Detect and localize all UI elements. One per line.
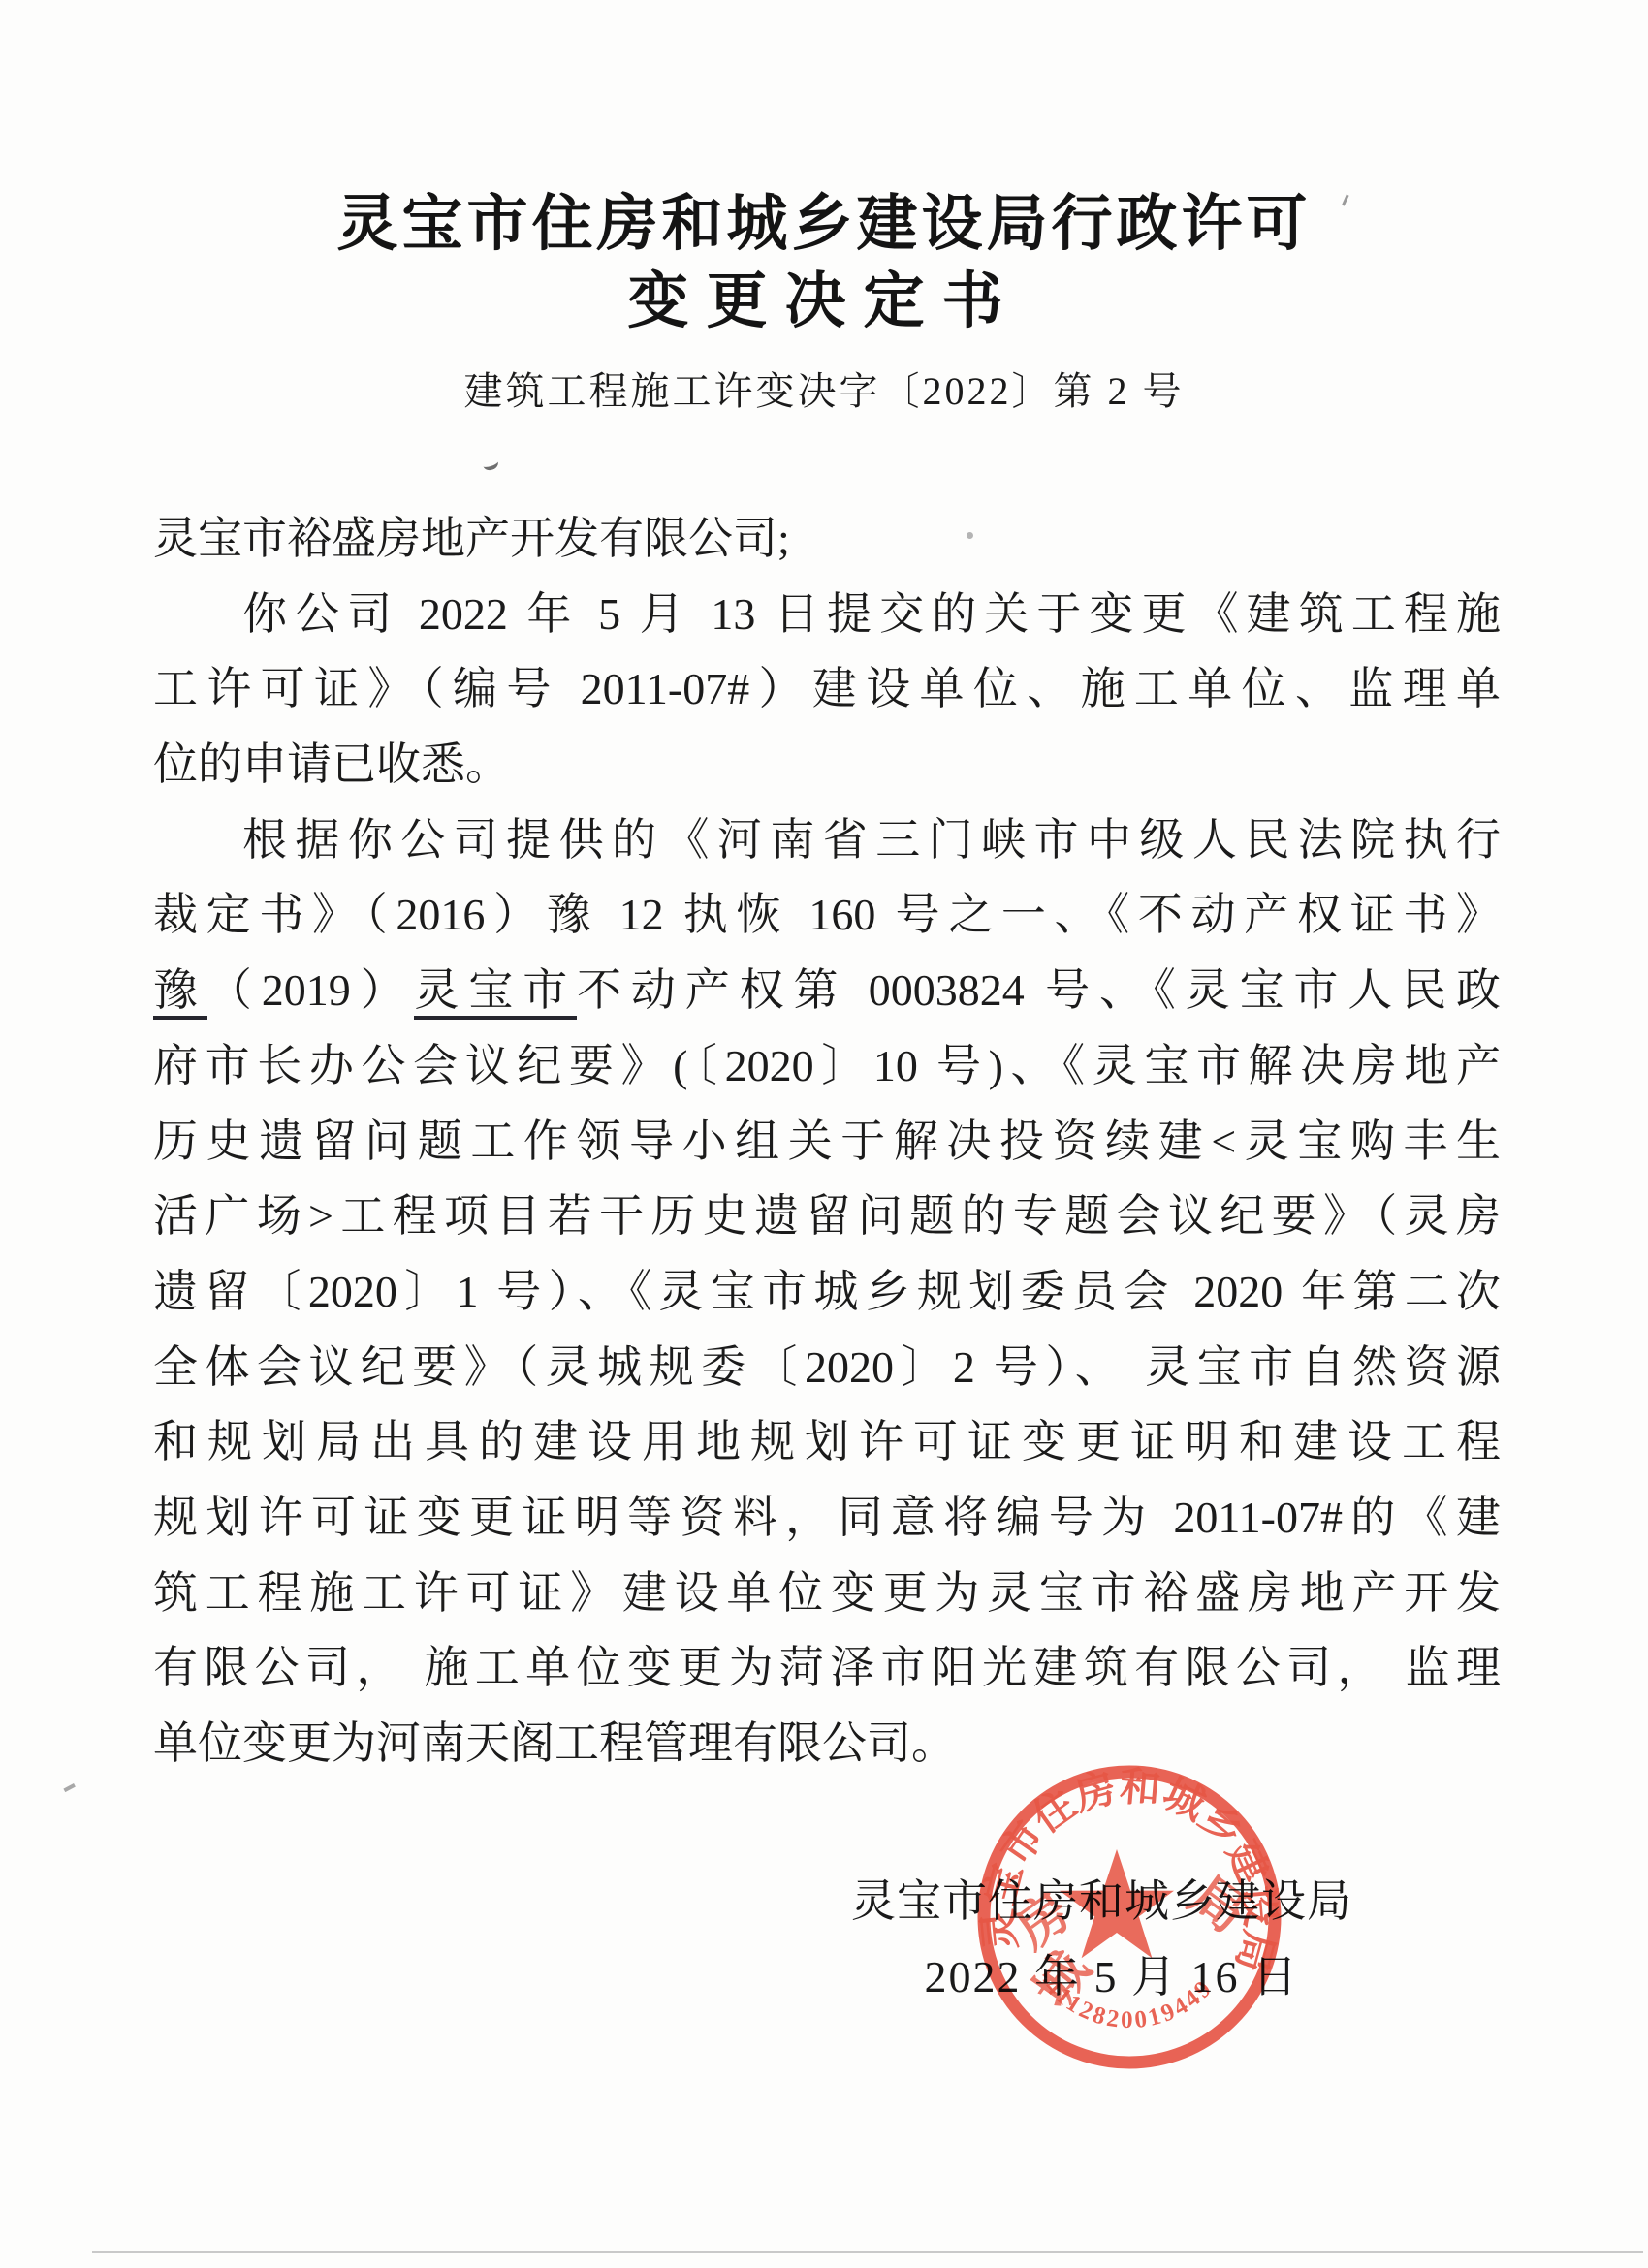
body-text: 活广场>工程项目若干历史遗留问题的专题会议纪要》（灵房 [153, 1191, 1501, 1241]
body-line: 你公司 2022 年 5 月 13 日提交的关于变更《建筑工程施 [153, 577, 1501, 652]
body-text: 你公司 2022 年 5 月 13 日提交的关于变更《建筑工程施 [242, 589, 1501, 639]
body-text: 府市长办公会议纪要》(〔2020〕10 号)、《灵宝市解决房地产 [153, 1041, 1501, 1090]
doc-title-line2: 变更决定书 [0, 268, 1648, 335]
body-text: 历史遗留问题工作领导小组关于解决投资续建<灵宝购丰生 [153, 1117, 1501, 1166]
underlined-text: 豫 [153, 965, 207, 1020]
body-text: 遗留〔2020〕1 号）、《灵宝市城乡规划委员会 2020 年第二次 [153, 1267, 1501, 1316]
body-text: 和规划局出具的建设用地规划许可证变更证明和建设工程 [153, 1417, 1501, 1466]
doc-number: 建筑工程施工许变决字〔2022〕第 2 号 [0, 361, 1648, 416]
body-line: 裁定书》（2016）豫 12 执恢 160 号之一、《不动产权证书》 [153, 877, 1501, 953]
body-text: 单位变更为河南天阁工程管理有限公司。 [153, 1718, 956, 1768]
body-line: 府市长办公会议纪要》(〔2020〕10 号)、《灵宝市解决房地产 [153, 1028, 1501, 1104]
body-text: 不动产权第 0003824 号、《灵宝市人民政 [577, 965, 1501, 1015]
seal-ring-text: 灵宝市住房和城乡建设局 [976, 1764, 1284, 1976]
body-line: 历史遗留问题工作领导小组关于解决投资续建<灵宝购丰生 [153, 1104, 1501, 1180]
body-text: 全体会议纪要》（灵城规委〔2020〕2 号）、 灵宝市自然资源 [153, 1342, 1501, 1392]
body-line: 活广场>工程项目若干历史遗留问题的专题会议纪要》（灵房 [153, 1179, 1501, 1254]
underlined-text: 灵宝市 [414, 965, 577, 1020]
body-line: 遗留〔2020〕1 号）、《灵宝市城乡规划委员会 2020 年第二次 [153, 1254, 1501, 1330]
body-line: 全体会议纪要》（灵城规委〔2020〕2 号）、 灵宝市自然资源 [153, 1330, 1501, 1405]
body-text: 根据你公司提供的《河南省三门峡市中级人民法院执行 [242, 815, 1501, 865]
body-text: 有限公司， 施工单位变更为菏泽市阳光建筑有限公司， 监理 [153, 1643, 1501, 1692]
body-text: 规划许可证变更证明等资料，同意将编号为 2011-07#的《建 [153, 1493, 1501, 1542]
body-text: 位的申请已收悉。 [153, 740, 510, 789]
body-text: （2019） [207, 965, 415, 1015]
body-line: 位的申请已收悉。 [153, 727, 1501, 803]
body-line: 有限公司， 施工单位变更为菏泽市阳光建筑有限公司， 监理 [153, 1630, 1501, 1706]
body-line: 和规划局出具的建设用地规划许可证变更证明和建设工程 [153, 1404, 1501, 1480]
body-line: 工许可证》（编号 2011-07#）建设单位、施工单位、监理单 [153, 651, 1501, 727]
body-line: 豫（2019）灵宝市不动产权第 0003824 号、《灵宝市人民政 [153, 953, 1501, 1028]
doc-body: 灵宝市裕盛房地产开发有限公司;你公司 2022 年 5 月 13 日提交的关于变… [153, 501, 1501, 1781]
body-line: 规划许可证变更证明等资料，同意将编号为 2011-07#的《建 [153, 1480, 1501, 1556]
body-text: 灵宝市裕盛房地产开发有限公司; [153, 514, 790, 563]
body-line: 筑工程施工许可证》建设单位变更为灵宝市裕盛房地产开发 [153, 1556, 1501, 1631]
body-text: 筑工程施工许可证》建设单位变更为灵宝市裕盛房地产开发 [153, 1568, 1501, 1618]
body-line: 根据你公司提供的《河南省三门峡市中级人民法院执行 [153, 803, 1501, 878]
official-seal: 灵宝市住房和城乡建设局 4112820019449 房 城 局 [960, 1748, 1299, 2087]
body-line: 灵宝市裕盛房地产开发有限公司; [153, 501, 1501, 577]
body-text: 裁定书》（2016）豫 12 执恢 160 号之一、《不动产权证书》 [153, 890, 1501, 939]
scan-artifact [967, 532, 973, 539]
scan-artifact [60, 1778, 76, 1792]
document-page: 灵宝市住房和城乡建设局行政许可 变更决定书 建筑工程施工许变决字〔2022〕第 … [0, 0, 1648, 2268]
body-text: 工许可证》（编号 2011-07#）建设单位、施工单位、监理单 [153, 664, 1501, 713]
seal-star [1060, 1849, 1174, 1958]
scan-artifact [481, 456, 499, 472]
doc-title-line1: 灵宝市住房和城乡建设局行政许可 [0, 190, 1648, 258]
page-edge-line [92, 2251, 1643, 2253]
